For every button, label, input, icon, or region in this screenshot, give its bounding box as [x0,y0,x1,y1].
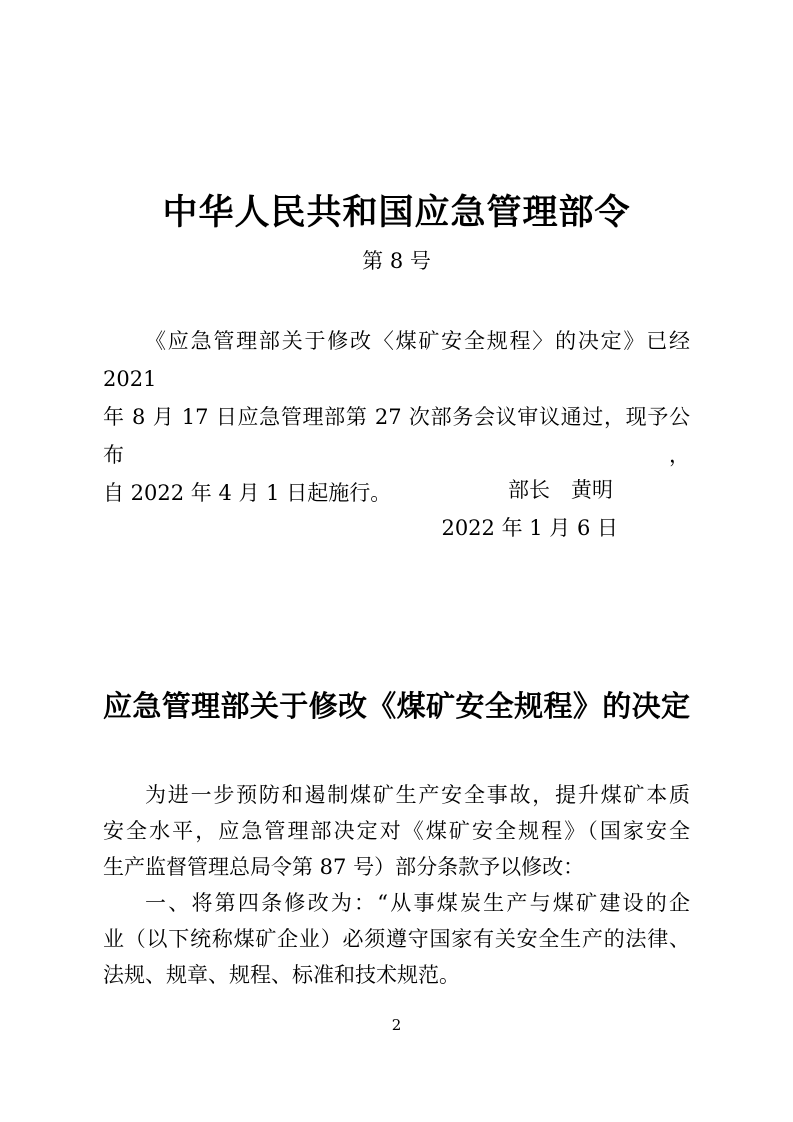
decision-paragraph-line: 业（以下统称煤矿企业）必须遵守国家有关安全生产的法律、 [103,921,690,957]
decision-paragraph-intro: 为进一步预防和遏制煤矿生产安全事故，提升煤矿本质 安全水平，应急管理部决定对《煤… [103,777,690,885]
signature-date: 2022 年 1 月 6 日 [103,509,690,547]
decision-paragraph-item-1: 一、将第四条修改为：“从事煤炭生产与煤矿建设的企 业（以下统称煤矿企业）必须遵守… [103,885,690,993]
document-page: 中华人民共和国应急管理部令 第 8 号 《应急管理部关于修改〈煤矿安全规程〉的决… [0,0,793,1122]
decision-title: 应急管理部关于修改《煤矿安全规程》的决定 [103,686,690,726]
decree-body-line: 年 8 月 17 日应急管理部第 27 次部务会议审议通过，现予公布， [103,398,690,474]
decision-paragraph-line: 生产监督管理总局令第 87 号）部分条款予以修改： [103,849,690,885]
decision-paragraph-line: 为进一步预防和遏制煤矿生产安全事故，提升煤矿本质 [103,777,690,813]
page-number: 2 [0,1014,793,1036]
signature-minister-name: 部长 黄明 [103,471,690,509]
decision-paragraph-line: 一、将第四条修改为：“从事煤炭生产与煤矿建设的企 [103,885,690,921]
decree-order-number: 第 8 号 [0,246,793,276]
decision-paragraph-line: 法规、规章、规程、标准和技术规范。 [103,957,690,993]
decision-paragraph-line: 安全水平，应急管理部决定对《煤矿安全规程》（国家安全 [103,813,690,849]
decree-title: 中华人民共和国应急管理部令 [0,190,793,236]
decree-body-line: 《应急管理部关于修改〈煤矿安全规程〉的决定》已经 2021 [103,322,690,398]
